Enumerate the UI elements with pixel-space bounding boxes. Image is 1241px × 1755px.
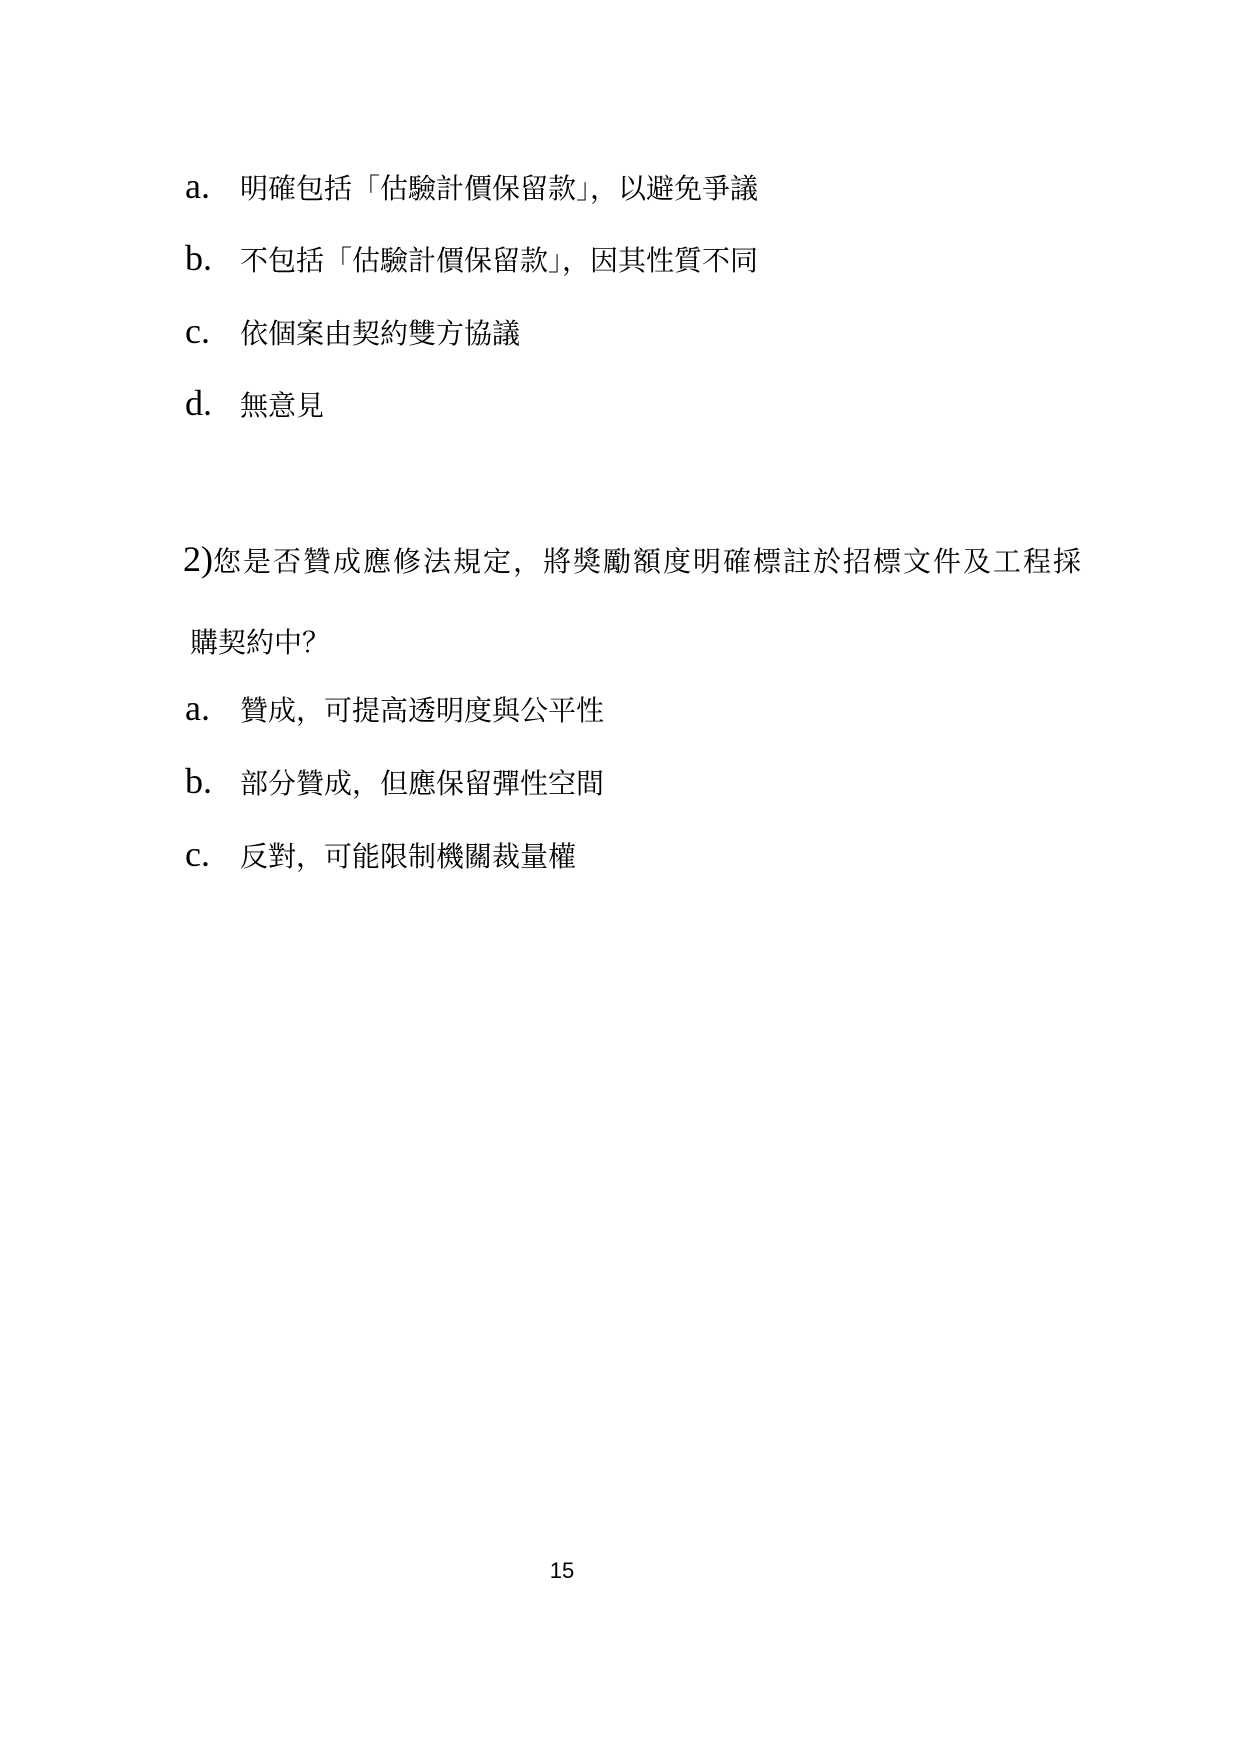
- option-letter: b.: [185, 763, 240, 799]
- option-letter: b.: [185, 240, 240, 276]
- prior-question-option-c: c. 依個案由契約雙方協議: [185, 313, 520, 353]
- question-2-option-a: a. 贊成，可提高透明度與公平性: [185, 690, 604, 730]
- option-letter: c.: [185, 836, 240, 872]
- option-text: 無意見: [240, 389, 324, 425]
- option-letter: a.: [185, 168, 240, 204]
- option-text: 明確包括「估驗計價保留款」，以避免爭議: [240, 172, 758, 208]
- question-number: 2): [183, 541, 213, 577]
- prior-question-option-b: b. 不包括「估驗計價保留款」，因其性質不同: [185, 240, 758, 280]
- page-number: 15: [532, 1558, 592, 1584]
- question-text: 您是否贊成應修法規定，將獎勵額度明確標註於招標文件及工程採: [213, 545, 1083, 581]
- option-letter: c.: [185, 313, 240, 349]
- option-text: 不包括「估驗計價保留款」，因其性質不同: [240, 244, 758, 280]
- question-2-line-2: 購契約中？: [190, 626, 330, 662]
- option-text: 贊成，可提高透明度與公平性: [240, 694, 604, 730]
- option-letter: a.: [185, 690, 240, 726]
- option-text: 依個案由契約雙方協議: [240, 317, 520, 353]
- option-text: 反對，可能限制機關裁量權: [240, 840, 576, 876]
- option-letter: d.: [185, 385, 240, 421]
- prior-question-option-d: d. 無意見: [185, 385, 324, 425]
- question-2-option-c: c. 反對，可能限制機關裁量權: [185, 836, 576, 876]
- option-text: 部分贊成，但應保留彈性空間: [240, 767, 604, 803]
- question-2-line-1: 2) 您是否贊成應修法規定，將獎勵額度明確標註於招標文件及工程採: [183, 541, 1083, 581]
- prior-question-option-a: a. 明確包括「估驗計價保留款」，以避免爭議: [185, 168, 758, 208]
- question-2-option-b: b. 部分贊成，但應保留彈性空間: [185, 763, 604, 803]
- question-text-continued: 購契約中？: [190, 626, 330, 662]
- document-page: a. 明確包括「估驗計價保留款」，以避免爭議 b. 不包括「估驗計價保留款」，因…: [0, 0, 1241, 1755]
